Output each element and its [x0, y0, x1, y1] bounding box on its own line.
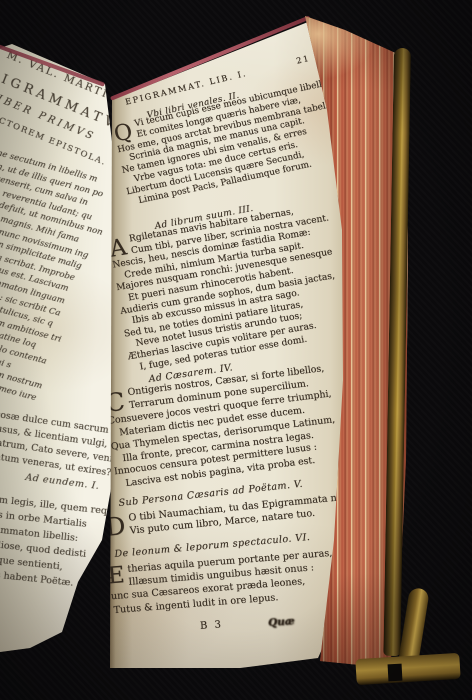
clasp-catch-horizontal [355, 653, 460, 685]
signature-mark: B 3 [200, 619, 224, 632]
drop-cap: Æ [100, 564, 125, 590]
catchword: Quæ [268, 615, 295, 629]
clasp-notch [388, 664, 403, 682]
page-number: 21 [295, 53, 311, 66]
drop-cap: Q [112, 121, 134, 143]
poem-4: C Ontigeris nostros, Cæsar, si forte lib… [104, 360, 361, 492]
poem-3: A Rgiletanas mavis habitare tabernas, Cu… [108, 198, 368, 375]
drop-cap: D [104, 513, 126, 539]
book-photo: M. VAL. MARTIALIS EPIGRAMMATVM LIBER PRI… [0, 0, 472, 700]
